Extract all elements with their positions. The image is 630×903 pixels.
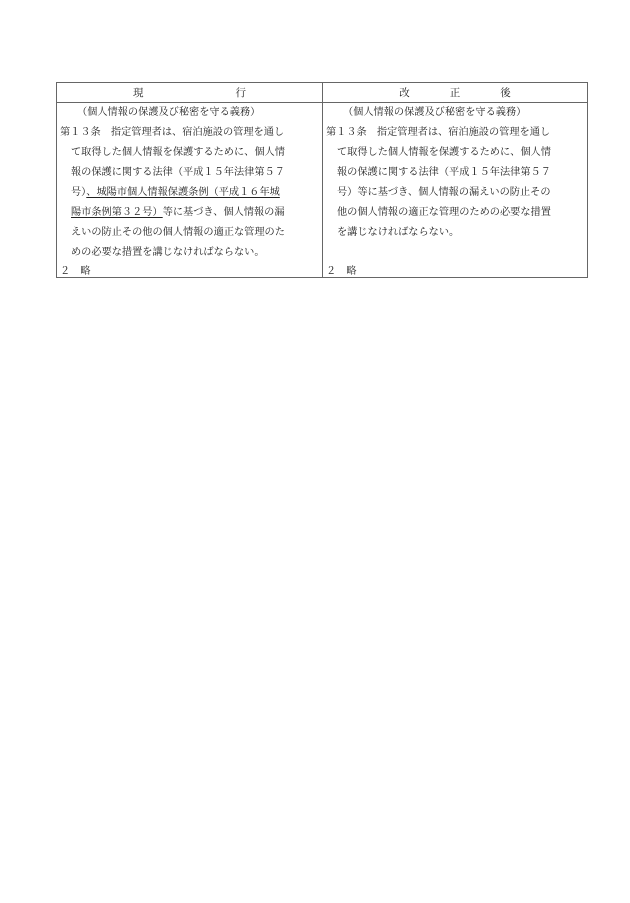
header-revised: 改正後 (323, 83, 587, 103)
article-caption: （個人情報の保護及び秘密を守る義務） (343, 106, 526, 120)
header-current-char: 現 (133, 83, 144, 103)
revised-text-column: （個人情報の保護及び秘密を守る義務） 第１３条 指定管理者は、宿泊施設の管理を通… (323, 103, 587, 277)
article-line: めの必要な措置を講じなければならない。 (71, 246, 265, 260)
paragraph-2: ２ 略 (326, 265, 357, 279)
article-line: 号）、城陽市個人情報保護条例（平成１６年城 (71, 186, 280, 200)
current-text-column: （個人情報の保護及び秘密を守る義務） 第１３条 指定管理者は、宿泊施設の管理を通… (57, 103, 323, 277)
text-segment: 等に基づき、個人情報の漏 (163, 207, 285, 218)
article-line: 号）等に基づき、個人情報の漏えいの防止その (337, 186, 551, 200)
header-revised-char: 改 (399, 83, 410, 103)
article-line: て取得した個人情報を保護するために、個人情 (337, 146, 551, 160)
article-line: 第１３条 指定管理者は、宿泊施設の管理を通し (326, 126, 550, 140)
deleted-text-underlined: 、城陽市個人情報保護条例（平成１６年城 (86, 187, 280, 198)
deleted-text-underlined: 陽市条例第３２号） (71, 207, 163, 218)
article-line: 報の保護に関する法律（平成１５年法律第５７ (337, 166, 551, 180)
article-line: を講じなければならない。 (337, 226, 459, 240)
article-line: 他の個人情報の適正な管理のための必要な措置 (337, 206, 551, 220)
article-line: 報の保護に関する法律（平成１５年法律第５７ (71, 166, 285, 180)
paragraph-2: ２ 略 (60, 265, 91, 279)
article-line: て取得した個人情報を保護するために、個人情 (71, 146, 285, 160)
article-line: えいの防止その他の個人情報の適正な管理のた (71, 226, 285, 240)
header-current: 現行 (57, 83, 323, 103)
header-revised-char: 後 (500, 83, 511, 103)
comparison-table: 現行 改正後 （個人情報の保護及び秘密を守る義務） 第１３条 指定管理者は、宿泊… (56, 82, 588, 278)
header-revised-char: 正 (450, 83, 461, 103)
article-line: 陽市条例第３２号）等に基づき、個人情報の漏 (71, 206, 285, 220)
header-current-char: 行 (236, 83, 247, 103)
article-caption: （個人情報の保護及び秘密を守る義務） (77, 106, 260, 120)
article-line: 第１３条 指定管理者は、宿泊施設の管理を通し (60, 126, 284, 140)
text-segment: 号） (71, 187, 86, 198)
